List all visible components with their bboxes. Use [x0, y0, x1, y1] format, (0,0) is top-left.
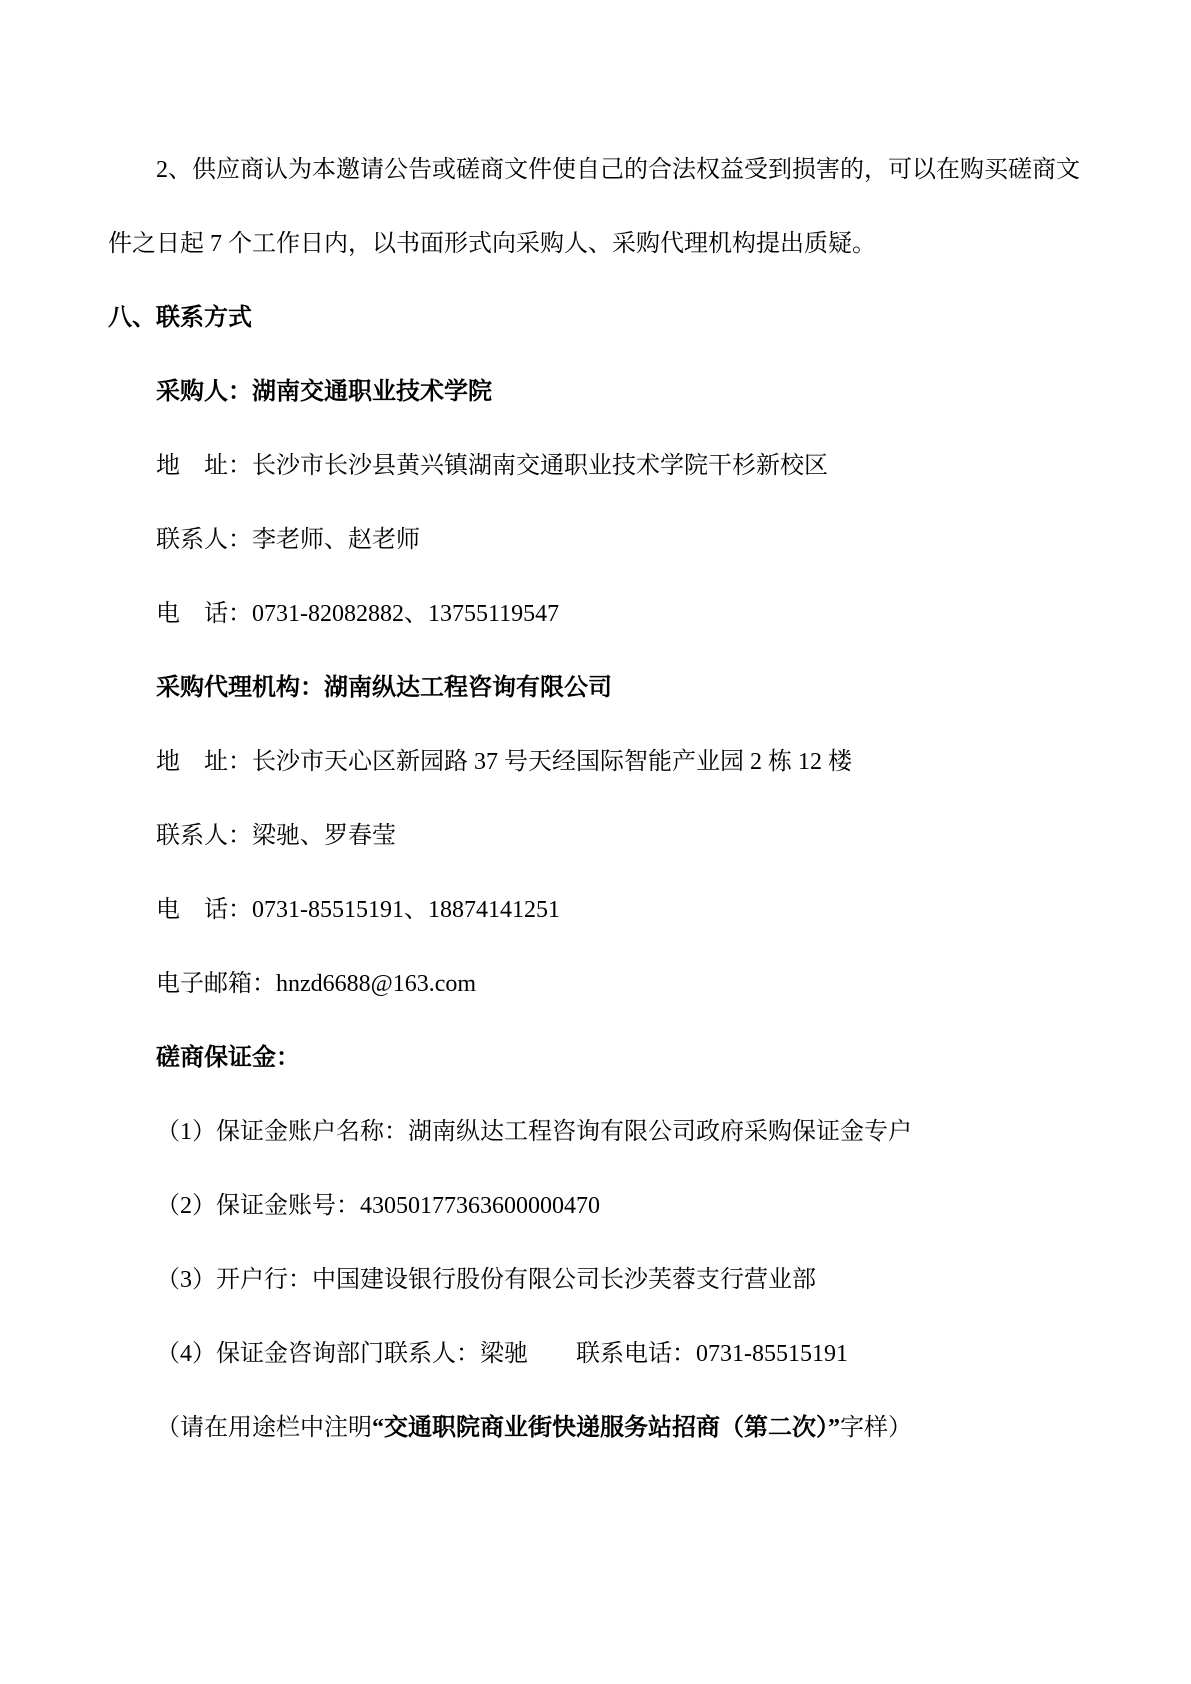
- deposit-contact-line: （4）保证金咨询部门联系人：梁驰 联系电话：0731-85515191: [108, 1317, 1080, 1391]
- deposit-account-number: （2）保证金账号：43050177363600000470: [108, 1169, 1080, 1243]
- deposit-usage-note-prefix: （请在用途栏中注明: [156, 1415, 372, 1441]
- quality-paragraph-line-2: 件之日起 7 个工作日内，以书面形式向采购人、采购代理机构提出质疑。: [108, 207, 1080, 281]
- purchaser-address: 地 址：长沙市长沙县黄兴镇湖南交通职业技术学院干杉新校区: [108, 429, 1080, 503]
- deposit-usage-note-suffix: 字样）: [840, 1415, 912, 1441]
- deposit-bank: （3）开户行：中国建设银行股份有限公司长沙芙蓉支行营业部: [108, 1243, 1080, 1317]
- deposit-usage-note: （请在用途栏中注明“交通职院商业街快递服务站招商（第二次）”字样）: [108, 1391, 1080, 1465]
- agency-phone: 电 话：0731-85515191、18874141251: [108, 873, 1080, 947]
- deposit-usage-note-project-title: “交通职院商业街快递服务站招商（第二次）”: [372, 1415, 840, 1441]
- quality-paragraph-line-1: 2、供应商认为本邀请公告或磋商文件使自己的合法权益受到损害的，可以在购买磋商文: [108, 133, 1080, 207]
- purchaser-contact-person: 联系人：李老师、赵老师: [108, 503, 1080, 577]
- deposit-heading: 磋商保证金：: [108, 1021, 1080, 1095]
- agency-contact-person: 联系人：梁驰、罗春莹: [108, 799, 1080, 873]
- agency-name: 采购代理机构：湖南纵达工程咨询有限公司: [108, 651, 1080, 725]
- purchaser-phone: 电 话：0731-82082882、13755119547: [108, 577, 1080, 651]
- section-heading-contact-info: 八、联系方式: [108, 281, 1080, 355]
- document-page: 2、供应商认为本邀请公告或磋商文件使自己的合法权益受到损害的，可以在购买磋商文 …: [0, 0, 1191, 1684]
- agency-email: 电子邮箱：hnzd6688@163.com: [108, 947, 1080, 1021]
- agency-address: 地 址：长沙市天心区新园路 37 号天经国际智能产业园 2 栋 12 楼: [108, 725, 1080, 799]
- deposit-account-name: （1）保证金账户名称：湖南纵达工程咨询有限公司政府采购保证金专户: [108, 1095, 1080, 1169]
- purchaser-name: 采购人：湖南交通职业技术学院: [108, 355, 1080, 429]
